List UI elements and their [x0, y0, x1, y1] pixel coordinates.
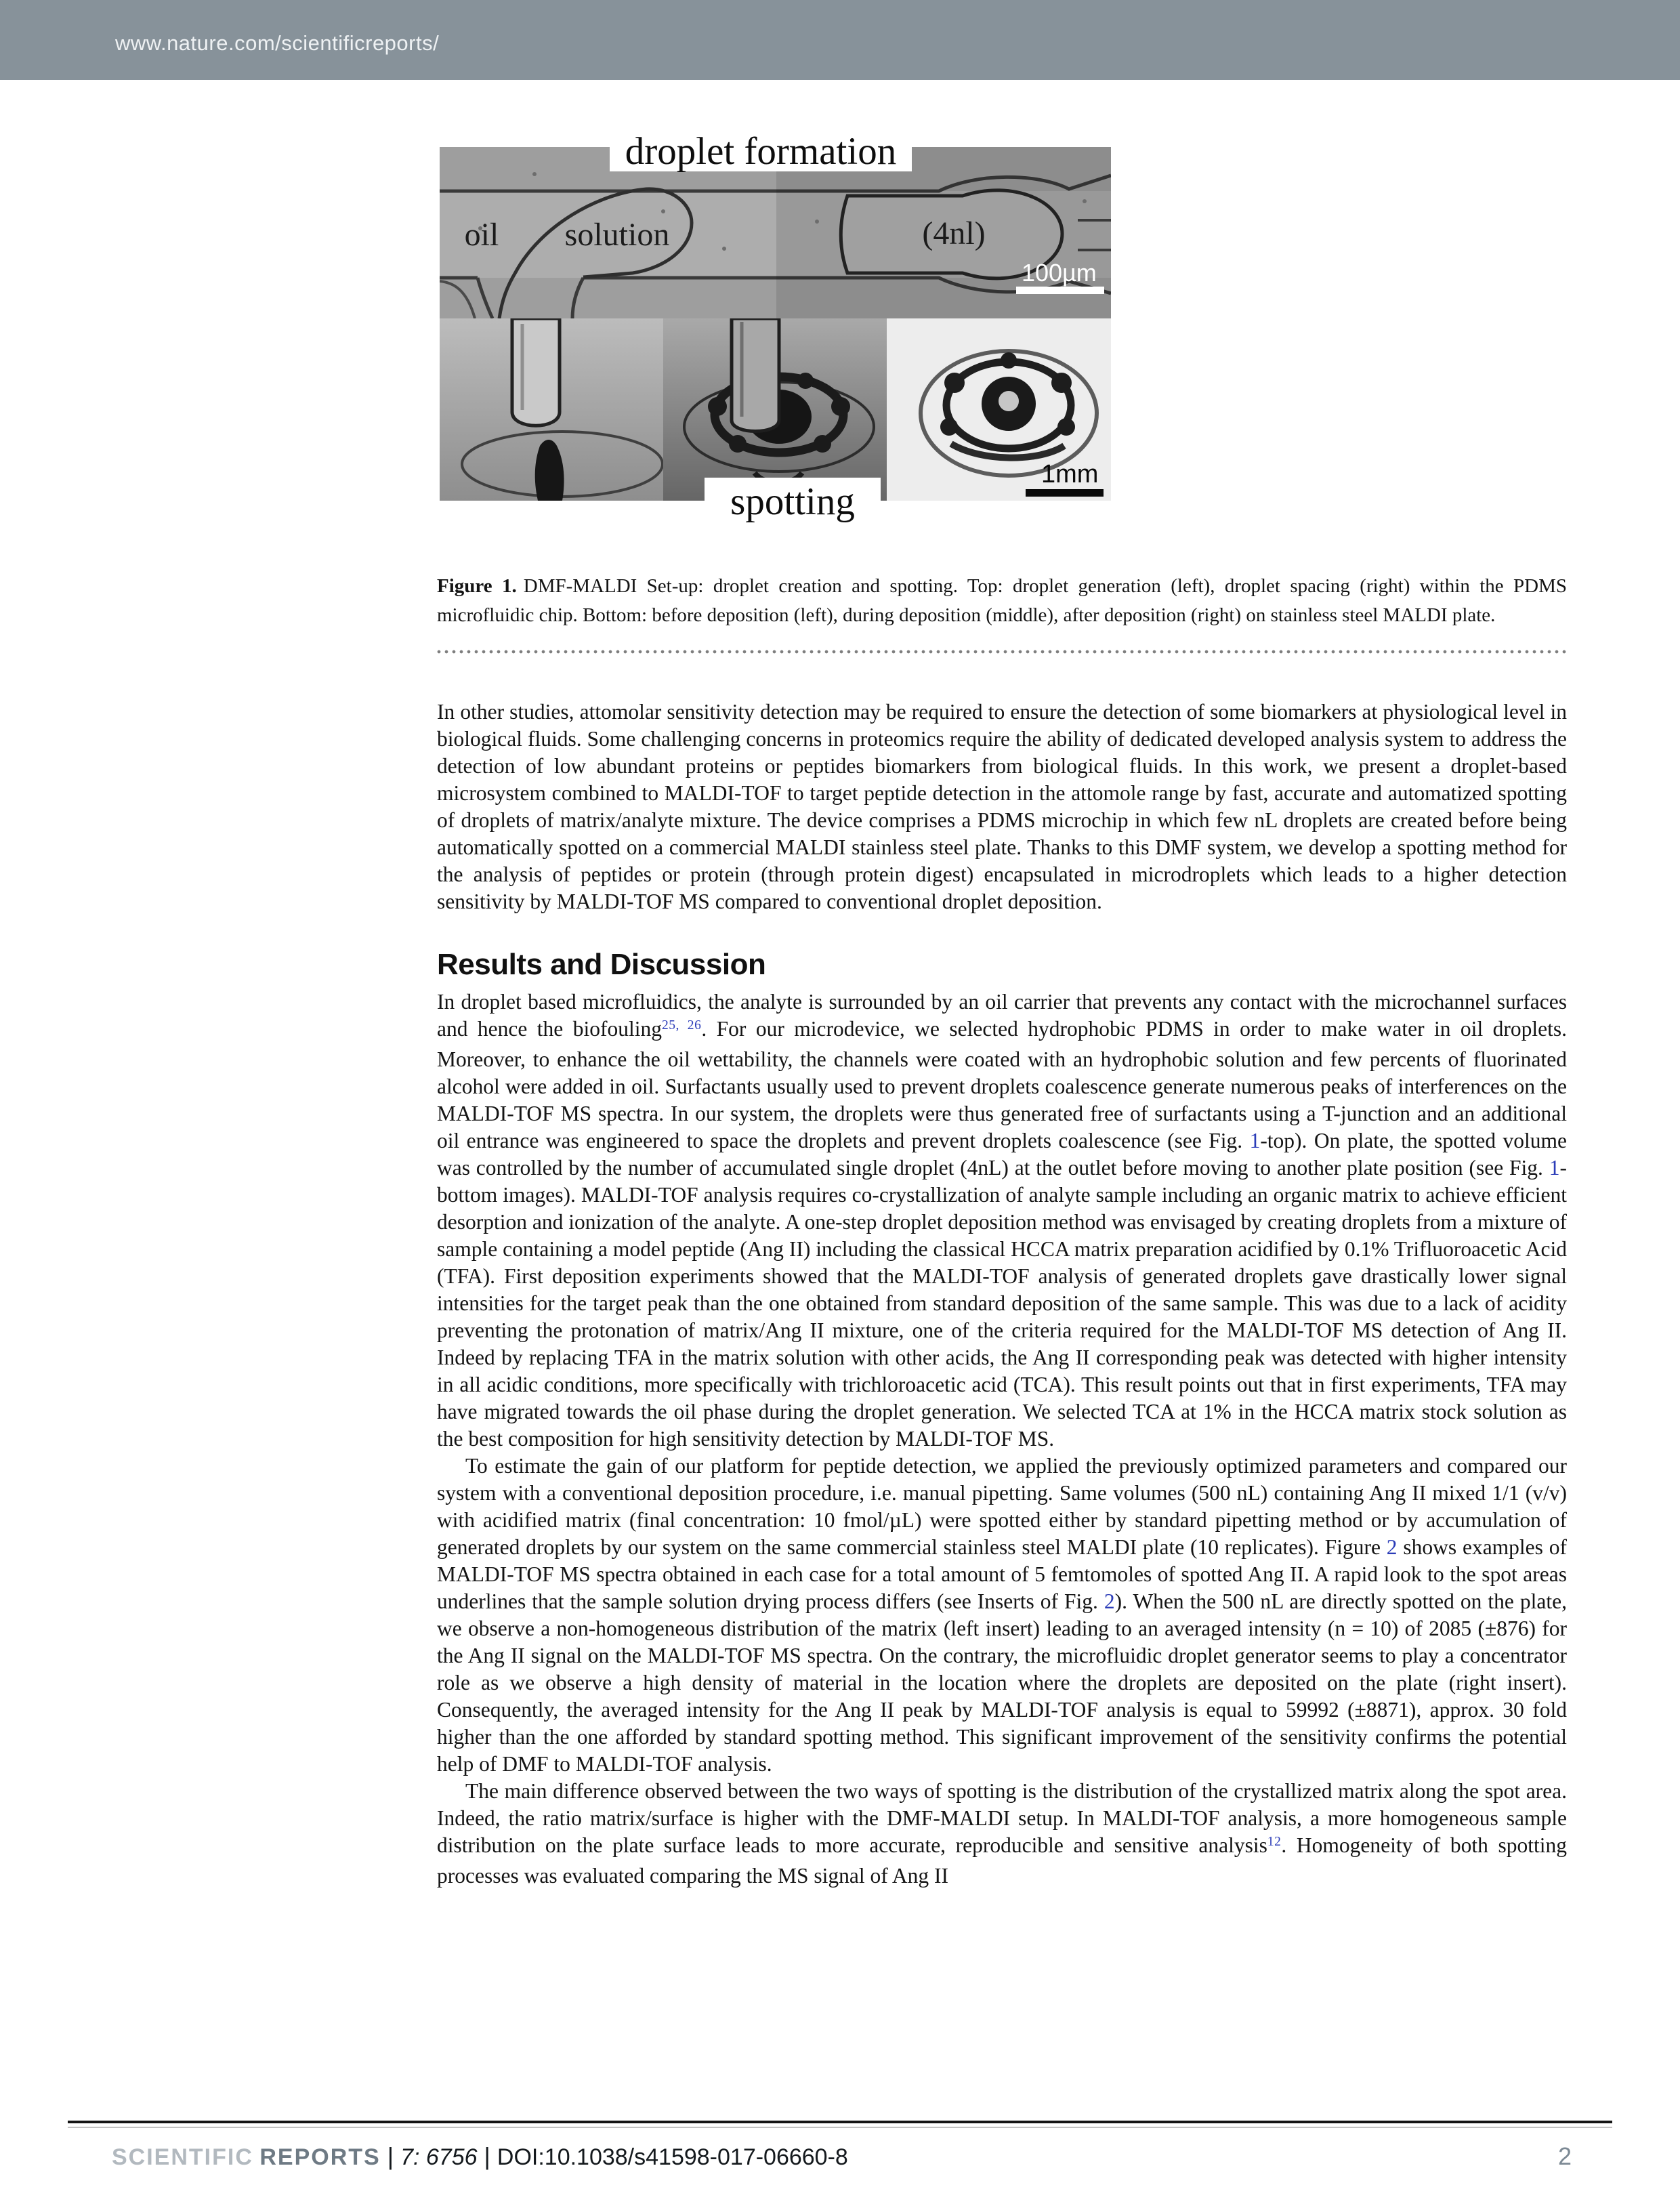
figure1-photo-after-deposition: 1mm — [887, 318, 1111, 501]
volume-issue: 7: 6756 — [400, 2144, 477, 2170]
reference-superscript-link[interactable]: 25, 26 — [662, 1018, 701, 1033]
paragraph-intro: In other studies, attomolar sensitivity … — [437, 699, 1567, 915]
scale-bar-100um — [1016, 287, 1104, 294]
figure-reference-link[interactable]: 2 — [1104, 1589, 1115, 1613]
dotted-divider — [437, 650, 1567, 654]
solution-label: solution — [565, 217, 670, 253]
spotting-label: spotting — [730, 480, 855, 524]
journal-page: www.nature.com/scientificreports/ oil so… — [0, 0, 1680, 2208]
figure1-image: oil solution (4nl) 100µm — [440, 131, 1111, 525]
footer-rule-thin — [68, 2127, 1612, 2128]
footer-separator: | — [478, 2142, 497, 2170]
oil-label: oil — [465, 217, 499, 253]
figure1-bottom-label-box: spotting — [705, 478, 881, 525]
body-text: ). When the 500 nL are directly spotted … — [437, 1589, 1567, 1776]
paragraph-results-1: In droplet based microfluidics, the anal… — [437, 988, 1567, 1453]
journal-name-reports: REPORTS — [259, 2144, 380, 2170]
body-text: In other studies, attomolar sensitivity … — [437, 700, 1567, 913]
section-heading-results-and-discussion: Results and Discussion — [437, 946, 1567, 983]
footer-citation: SCIENTIFIC REPORTS|7: 6756|DOI:10.1038/s… — [112, 2142, 848, 2171]
figure-reference-link[interactable]: 1 — [1549, 1156, 1560, 1180]
figure1-photo-during-deposition — [663, 318, 887, 501]
page-number: 2 — [1524, 2142, 1572, 2171]
scale-bar-1mm — [1026, 489, 1104, 497]
doi-text: DOI:10.1038/s41598-017-06660-8 — [497, 2144, 848, 2170]
figure1-top-label-box: droplet formation — [610, 131, 912, 171]
droplet-volume-label: (4nl) — [922, 215, 985, 251]
figure1-caption-text: DMF-MALDI Set-up: droplet creation and s… — [437, 575, 1567, 626]
journal-url: www.nature.com/scientificreports/ — [115, 0, 439, 80]
figure1-caption: Figure 1.DMF-MALDI Set-up: droplet creat… — [437, 572, 1567, 630]
reference-superscript-link[interactable]: 12 — [1267, 1835, 1282, 1849]
footer-separator: | — [381, 2142, 400, 2170]
paragraph-results-2: To estimate the gain of our platform for… — [437, 1453, 1567, 1778]
scale-bar-1mm-label: 1mm — [1041, 460, 1098, 488]
figure-reference-link[interactable]: 1 — [1250, 1129, 1261, 1152]
header-bar: www.nature.com/scientificreports/ — [0, 0, 1680, 80]
scale-bar-100um-label: 100µm — [1022, 259, 1097, 287]
dried-spot-drawing: 1mm — [887, 318, 1111, 501]
paragraph-results-3: The main difference observed between the… — [437, 1778, 1567, 1890]
droplet-formation-label: droplet formation — [625, 129, 896, 173]
capillary-splash-drawing — [663, 318, 887, 501]
journal-name-scientific: SCIENTIFIC — [112, 2144, 253, 2170]
content-column: Figure 1.DMF-MALDI Set-up: droplet creat… — [437, 552, 1567, 1890]
footer-rule — [68, 2121, 1612, 2123]
figure1-photo-before-deposition — [440, 318, 663, 501]
figure1-caption-label: Figure 1. — [437, 575, 517, 597]
body-text: -bottom images). MALDI-TOF analysis requ… — [437, 1156, 1567, 1451]
capillary-before-drawing — [440, 318, 663, 501]
figure-reference-link[interactable]: 2 — [1387, 1535, 1398, 1559]
